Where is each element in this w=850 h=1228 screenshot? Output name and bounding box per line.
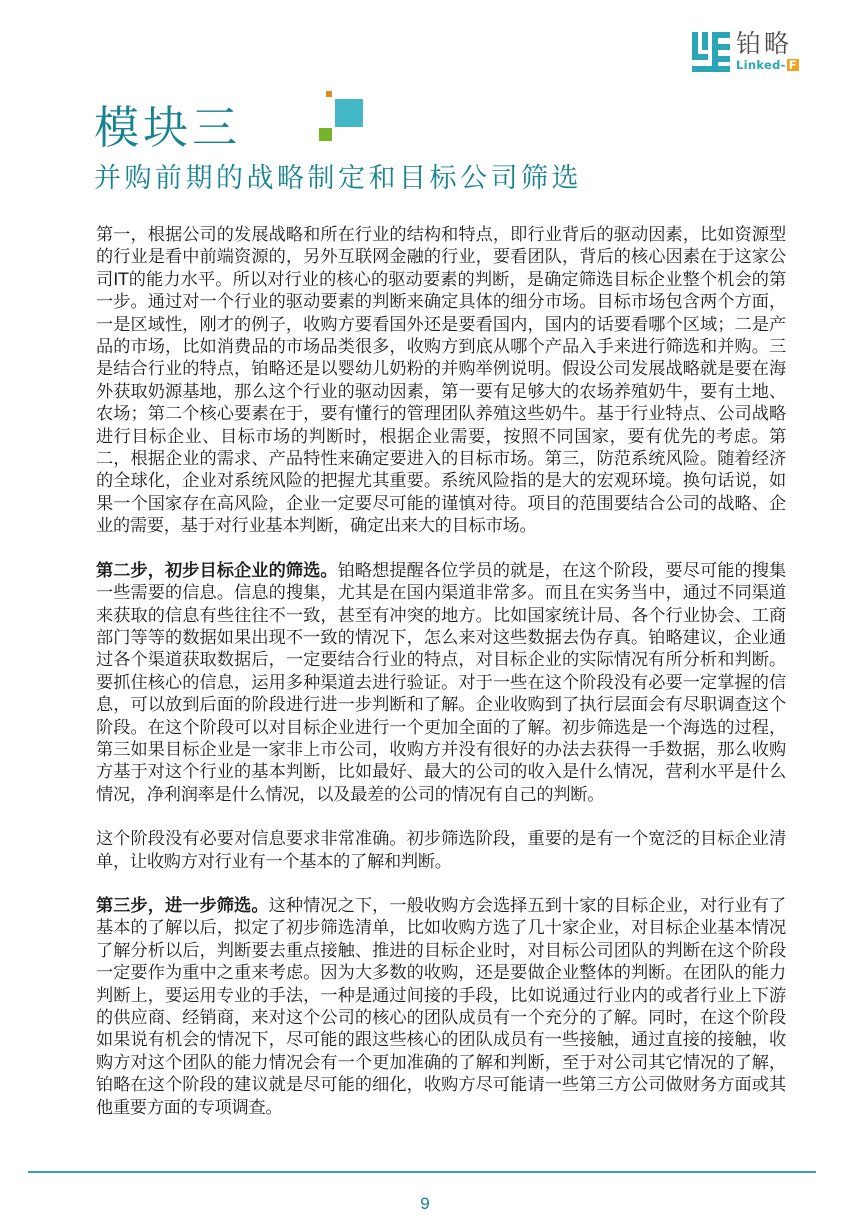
paragraph-text: 第一，根据公司的发展战略和所在行业的结构和特点，即行业背后的驱动因素，比如资源型… (96, 225, 786, 536)
decorative-square-orange (326, 91, 332, 97)
linked-f-logo-mark-icon (692, 32, 730, 72)
module-title: 模块三 (94, 100, 241, 156)
paragraph-lead: 第二步，初步目标企业的筛选。 (96, 561, 338, 581)
paragraph-text: 这种情况之下，一般收购方会选择五到十家的目标企业，对行业有了基本的了解以后，拟定… (96, 896, 786, 1118)
paragraph-step-two: 第二步，初步目标企业的筛选。铂略想提醒各位学员的就是，在这个阶段，要尽可能的搜集… (96, 560, 786, 806)
logo-english-text: Linked- (736, 58, 786, 72)
paragraph-step-two-note: 这个阶段没有必要对信息要求非常准确。初步筛选阶段，重要的是有一个宽泛的目标企业清… (96, 828, 786, 873)
section-subtitle: 并购前期的战略制定和目标公司筛选 (94, 162, 582, 196)
brand-logo: 铂略 Linked-F (692, 30, 812, 74)
paragraph-text: 铂略想提醒各位学员的就是，在这个阶段，要尽可能的搜集一些需要的信息。信息的搜集，… (96, 561, 786, 805)
paragraph-lead: 第三步，进一步筛选。 (96, 896, 269, 916)
decorative-square-teal (335, 99, 363, 127)
paragraph-step-three: 第三步，进一步筛选。这种情况之下，一般收购方会选择五到十家的目标企业，对行业有了… (96, 895, 786, 1119)
footer-divider (28, 1171, 816, 1173)
logo-chinese-name: 铂略 (736, 30, 792, 58)
paragraph-text: 这个阶段没有必要对信息要求非常准确。初步筛选阶段，重要的是有一个宽泛的目标企业清… (96, 829, 786, 871)
document-body: 第一，根据公司的发展战略和所在行业的结构和特点，即行业背后的驱动因素，比如资源型… (96, 224, 786, 1141)
paragraph-step-one: 第一，根据公司的发展战略和所在行业的结构和特点，即行业背后的驱动因素，比如资源型… (96, 224, 786, 538)
page-number: 9 (0, 1194, 850, 1214)
logo-f-badge: F (787, 59, 799, 71)
decorative-square-green (319, 128, 332, 141)
logo-english-name: Linked-F (736, 59, 799, 72)
